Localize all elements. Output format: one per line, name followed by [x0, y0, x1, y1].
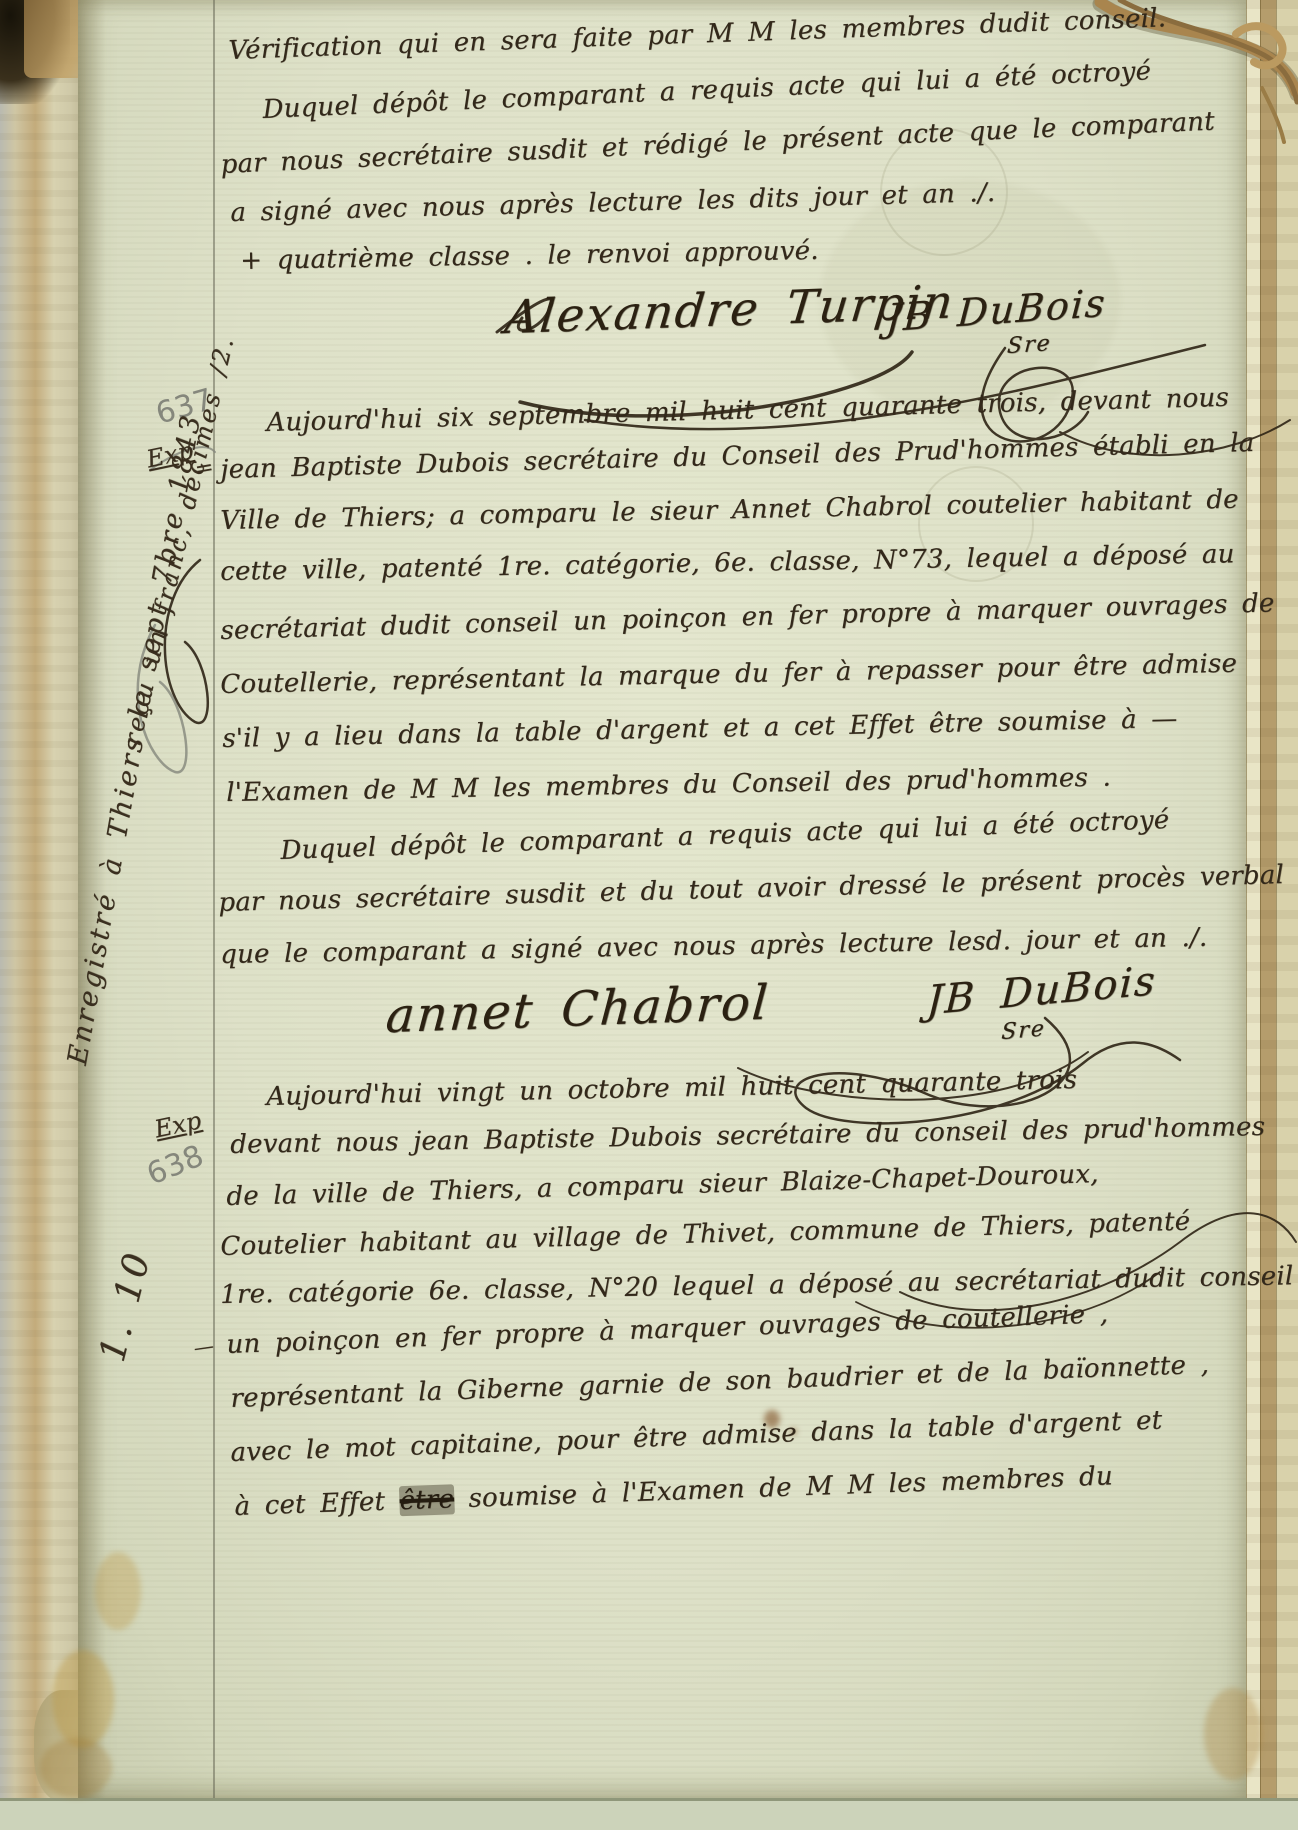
body-line-06: Aujourd'hui six septembre mil huit cent …	[266, 383, 1229, 438]
margin-exp-638: Exp	[152, 1106, 204, 1143]
margin-fee-note-2: 1. 10	[92, 1247, 159, 1366]
margin-number-638: 638	[142, 1138, 209, 1192]
signature-jb-dubois-2: JB DuBois	[926, 958, 1158, 1025]
signature-jb-dubois-1-title: Sre	[1006, 331, 1052, 359]
margin-dash-1: =	[193, 455, 216, 483]
signature-annet-chabrol: annet Chabrol	[384, 975, 771, 1045]
struck-word: être	[399, 1484, 454, 1516]
body-line-12: s'il y a lieu dans la table d'argent et …	[222, 704, 1178, 754]
body-line-18: devant nous jean Baptiste Dubois secréta…	[230, 1112, 1265, 1160]
body-line-04: a signé avec nous après lecture les dits…	[230, 178, 996, 228]
line-text: à cet Effet	[234, 1486, 400, 1522]
margin-dash-2: —	[192, 1333, 215, 1360]
body-line-09: cette ville, patenté 1re. catégorie, 6e.…	[220, 539, 1235, 587]
body-line-08: Ville de Thiers; a comparu le sieur Anne…	[220, 485, 1239, 536]
body-line-24: avec le mot capitaine, pour être admise …	[230, 1405, 1163, 1468]
body-line-19: de la ville de Thiers, a comparu sieur B…	[226, 1159, 1099, 1212]
body-line-21: 1re. catégorie 6e. classe, N°20 lequel a…	[220, 1261, 1294, 1310]
body-line-13: l'Examen de M M les membres du Conseil d…	[226, 763, 1111, 808]
handwriting-layer: Vérification qui en sera faite par M M l…	[0, 0, 1298, 1830]
body-line-25: à cet Effet être soumise à l'Examen de M…	[234, 1461, 1113, 1522]
body-line-11: Coutellerie, représentant la marque du f…	[220, 649, 1237, 700]
body-line-17: Aujourd'hui vingt un octobre mil huit ce…	[266, 1065, 1077, 1112]
line-text: soumise à l'Examen de M M les membres du	[453, 1461, 1113, 1514]
body-line-22: un poinçon en fer propre à marquer ouvra…	[226, 1299, 1109, 1360]
body-line-10: secrétariat dudit conseil un poinçon en …	[220, 588, 1275, 646]
body-line-07: jean Baptiste Dubois secrétaire du Conse…	[220, 428, 1255, 485]
body-line-15: par nous secrétaire susdit et du tout av…	[218, 860, 1284, 918]
signature-jb-dubois-2-title: Sre	[1001, 1016, 1047, 1045]
body-line-23: représentant la Giberne garnie de son ba…	[230, 1350, 1209, 1414]
body-line-01: Vérification qui en sera faite par M M l…	[228, 3, 1167, 66]
body-line-16: que le comparant a signé avec nous après…	[220, 923, 1208, 970]
body-line-14: Duquel dépôt le comparant a requis acte …	[280, 805, 1170, 866]
body-line-20: Coutelier habitant au village de Thivet,…	[220, 1207, 1191, 1262]
body-line-05: + quatrième classe . le renvoi approuvé.	[240, 236, 819, 276]
